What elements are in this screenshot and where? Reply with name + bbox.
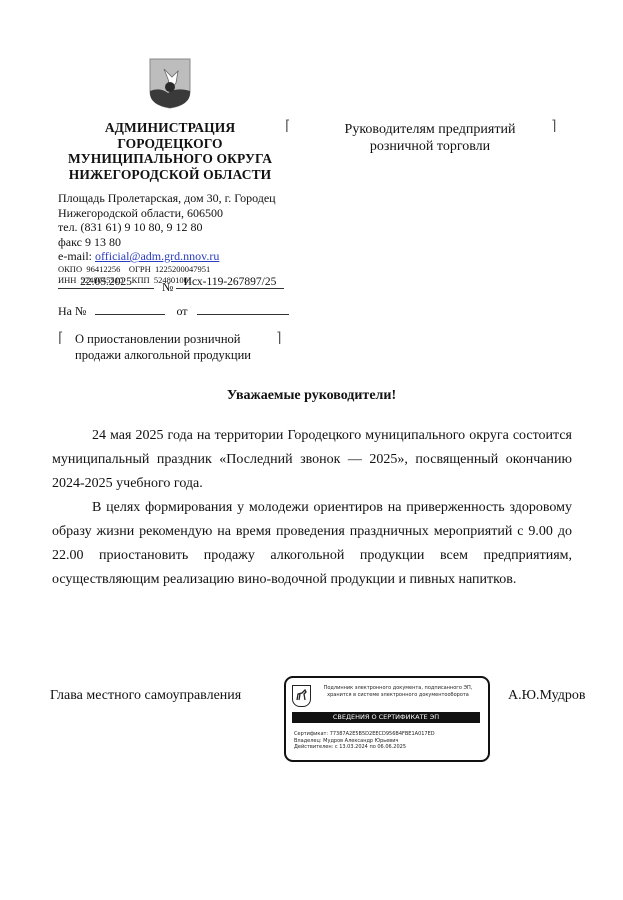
recipient-bracket-open: ⌈ [285,118,290,134]
email-label: e-mail: [58,249,95,263]
paragraph: 24 мая 2025 года на территории Городецко… [52,424,572,496]
stamp-title: СВЕДЕНИЯ О СЕРТИФИКАТЕ ЭП [292,712,480,723]
letter-body: 24 мая 2025 года на территории Городецко… [52,424,572,592]
signatory-position: Глава местного самоуправления [50,688,241,704]
registration-number: Исх-119-267897/25 [176,276,284,289]
address-line: Площадь Пролетарская, дом 30, г. Городец [58,191,276,206]
paragraph: В целях формирования у молодежи ориентир… [52,496,572,592]
subject-bracket-close: ⌉ [276,330,281,346]
deer-emblem-icon [292,685,311,707]
email-link[interactable]: official@adm.grd.nnov.ru [95,249,219,263]
number-sign: № [162,280,173,295]
stamp-note: Подлинник электронного документа, подпис… [312,685,484,698]
org-line: АДМИНИСТРАЦИЯ [50,120,290,136]
recipient-line: розничной торговли [300,138,560,155]
okpo-ogrn: ОКПО 96412256 ОГРН 1225200047951 [58,264,276,275]
subject-bracket-open: ⌈ [58,330,63,346]
reference-line: На № от [58,303,289,319]
recipient-bracket-close: ⌉ [551,118,556,134]
address-block: Площадь Пролетарская, дом 30, г. Городец… [58,191,276,286]
stamp-details: Сертификат: 77387A2E5B5D2EECD956B4FBE1A0… [294,731,435,751]
electronic-signature-stamp: Подлинник электронного документа, подпис… [284,676,490,762]
registration-date: 22.05.2025 [58,276,154,289]
org-line: ГОРОДЕЦКОГО [50,136,290,152]
recipient: Руководителям предприятий розничной торг… [300,121,560,155]
reference-date-label: от [176,304,187,318]
certificate-validity: Действителен: с 13.03.2024 по 06.06.2025 [294,744,435,751]
certificate-number: Сертификат: 77387A2E5B5D2EECD956B4FBE1A0… [294,731,435,738]
greeting: Уважаемые руководители! [0,388,623,404]
subject-line: продажи алкогольной продукции [75,347,251,363]
address-line: Нижегородской области, 606500 [58,206,276,221]
fax-line: факс 9 13 80 [58,235,276,250]
subject: О приостановлении розничной продажи алко… [75,331,251,363]
signatory-name: А.Ю.Мудров [508,688,585,704]
org-line: МУНИЦИПАЛЬНОГО ОКРУГА [50,151,290,167]
email-line: e-mail: official@adm.grd.nnov.ru [58,249,276,264]
reference-date-blank [197,303,289,315]
org-line: НИЖЕГОРОДСКОЙ ОБЛАСТИ [50,167,290,183]
subject-line: О приостановлении розничной [75,331,251,347]
reference-number-blank [95,303,165,315]
reference-number-label: На № [58,304,86,318]
recipient-line: Руководителям предприятий [300,121,560,138]
organization-name: АДМИНИСТРАЦИЯ ГОРОДЕЦКОГО МУНИЦИПАЛЬНОГО… [50,120,290,182]
phone-line: тел. (831 61) 9 10 80, 9 12 80 [58,220,276,235]
registration-line: 22.05.2025 № Исх-119-267897/25 [58,276,284,294]
coat-of-arms-emblem [148,57,192,109]
